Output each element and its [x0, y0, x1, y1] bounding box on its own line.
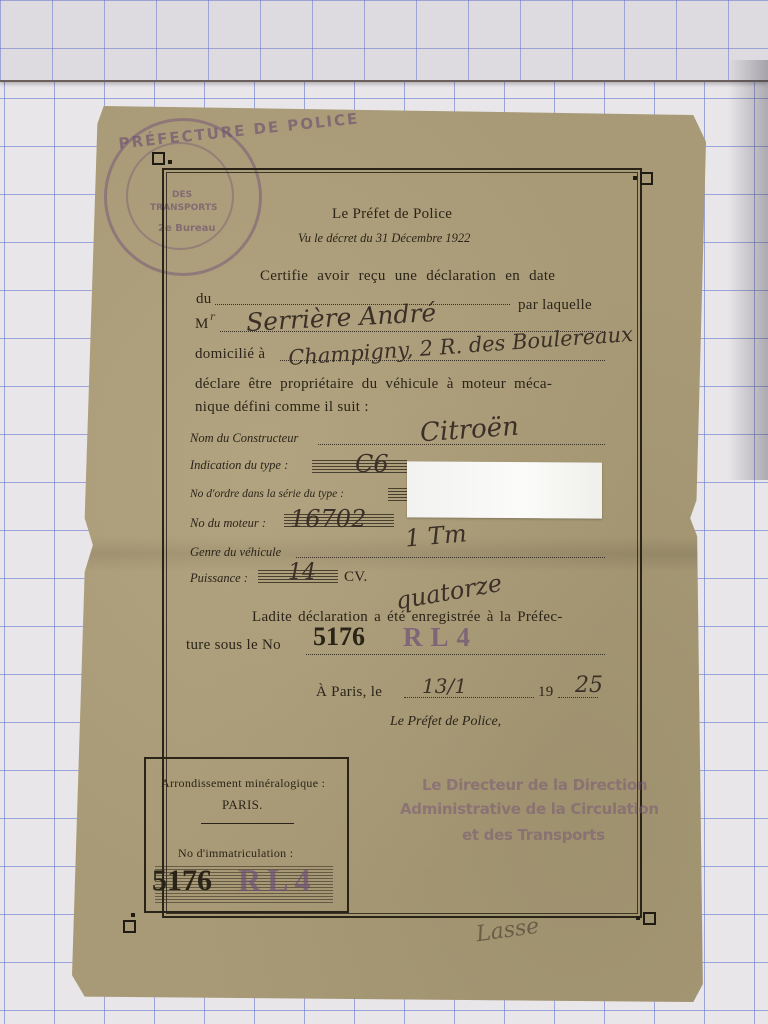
field-label-serial: No d'ordre dans la série du type : — [190, 488, 344, 500]
place-prefix: À Paris, le — [316, 684, 382, 701]
corner-dot — [168, 160, 172, 164]
field-label-constructor: Nom du Constructeur — [190, 431, 298, 446]
field-value-power: 14 — [288, 560, 316, 585]
corner-dot — [636, 916, 640, 920]
field-line-vehicle-kind — [296, 557, 605, 558]
notebook-flap — [0, 0, 768, 82]
mr-suffix: r — [210, 312, 215, 323]
registration-line2: ture sous le No — [186, 637, 281, 654]
field-label-power: Puissance : — [190, 571, 248, 586]
corner-dot — [633, 176, 637, 180]
corner-ornament-tl — [152, 152, 165, 165]
declare-line: déclare être propriétaire du véhicule à … — [195, 376, 552, 393]
director-stamp-line1: Le Directeur de la Direction — [422, 776, 647, 794]
director-stamp-line2: Administrative de la Circulation — [400, 800, 659, 818]
field-value-engine: 16702 — [290, 505, 366, 533]
registration-number-letters: RL4 — [403, 622, 478, 653]
par-laquelle: par laquelle — [518, 297, 592, 314]
field-unit-power: CV. — [344, 569, 368, 586]
immatriculation-letters: RL4 — [238, 862, 316, 899]
corner-ornament-tr — [640, 172, 653, 185]
field-label-vehicle-kind: Genre du véhicule — [190, 545, 281, 560]
registration-fill-line — [306, 654, 605, 655]
field-label-engine: No du moteur : — [190, 516, 266, 531]
shadow — [728, 60, 768, 480]
header-title: Le Préfet de Police — [332, 206, 452, 223]
signatory: Le Préfet de Police, — [390, 714, 501, 730]
defined-line: nique défini comme il suit : — [195, 399, 369, 416]
corner-dot — [131, 913, 135, 917]
immatriculation-digits: 5176 — [152, 864, 212, 898]
director-stamp-line3: et des Transports — [462, 826, 605, 844]
corner-ornament-br — [643, 912, 656, 925]
corner-ornament-bl — [123, 920, 136, 933]
registration-number-digits: 5176 — [313, 622, 365, 652]
date-day-month: 13/1 — [422, 674, 467, 698]
domicile-prefix: domicilié à — [195, 346, 265, 363]
certify-line: Certifie avoir reçu une déclaration en d… — [260, 268, 555, 285]
field-label-type: Indication du type : — [190, 458, 288, 473]
field-value-type: C6 — [355, 450, 389, 478]
header-decree: Vu le décret du 31 Décembre 1922 — [298, 231, 470, 246]
year-prefix: 19 — [538, 684, 554, 701]
field-value-vehicle-kind: 1 Tm — [404, 519, 468, 552]
year-suffix: 25 — [575, 673, 603, 698]
arrondissement-value: PARIS. — [222, 797, 263, 813]
box-divider — [201, 823, 294, 824]
date-prefix: du — [196, 291, 212, 308]
redaction-label — [407, 461, 602, 518]
mr-prefix: M — [195, 316, 209, 333]
arrondissement-label: Arrondissement minéralogique : — [161, 776, 325, 791]
immatriculation-label: No d'immatriculation : — [178, 846, 293, 861]
